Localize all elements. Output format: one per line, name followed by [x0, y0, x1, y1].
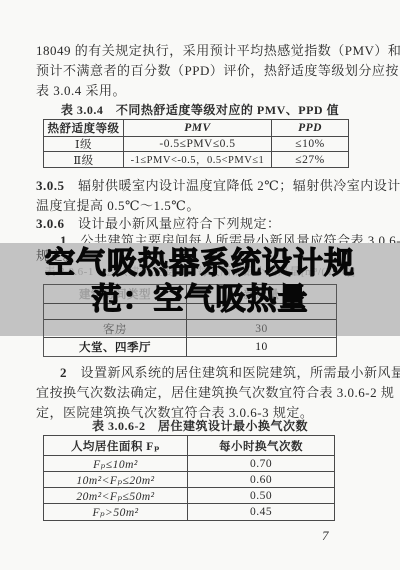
table-cell: ≤10% [271, 137, 348, 151]
table-cell: Ⅰ级 [44, 137, 123, 151]
table-3-0-6-2: 人均居住面积 Fₚ 每小时换气次数 Fₚ≤10m² 0.70 10m²<Fₚ≤2… [43, 435, 335, 521]
paragraph-line: 18049 的有关规定执行，采用预计平均热感觉指数（PMV）和 [36, 41, 366, 61]
table-cell: -0.5≤PMV≤0.5 [123, 137, 271, 151]
table-cell: Fₚ>50m² [44, 504, 187, 520]
table-cell: 0.45 [187, 504, 334, 520]
paragraph-line: 3.0.5 辐射供暖室内设计温度宜降低 2℃；辐射供冷室内设计 [36, 176, 366, 196]
section-text: 辐射供暖室内设计温度宜降低 2℃；辐射供冷室内设计 [65, 178, 400, 193]
table-cell: -1≤PMV<-0.5，0.5<PMV≤1 [123, 152, 271, 167]
watermark-text: 空气吸热器系统设计规 范：空气吸热量 [0, 246, 400, 318]
table-row: 20m²<Fₚ≤50m² 0.50 [44, 487, 334, 503]
table-cell: 客房 [44, 320, 186, 337]
watermark-text-line1: 空气吸热器系统设计规 [0, 246, 400, 282]
table-cell: 大堂、四季厅 [44, 338, 186, 356]
table-cell: ≤27% [271, 152, 348, 167]
table-3-0-6-2-caption: 表 3.0.6-2 居住建筑设计最小换气次数 [36, 417, 364, 434]
paragraph-line: 预计不满意者的百分数（PPD）评价，热舒适度等级划分应按 [36, 61, 366, 81]
table-cell: 30 [186, 320, 336, 337]
section-number: 3.0.5 [36, 178, 65, 193]
table-3-0-4-caption: 表 3.0.4 不同热舒适度等级对应的 PMV、PPD 值 [36, 101, 364, 118]
paragraph-line: 温度宜提高 0.5℃～1.5℃。 [36, 196, 366, 216]
table-cell: 0.50 [187, 488, 334, 503]
table-header-row: 人均居住面积 Fₚ 每小时换气次数 [44, 436, 334, 455]
paragraph-line: 2 设置新风系统的居住建筑和医院建筑，所需最小新风量 [36, 363, 390, 383]
table-header-cell: PPD [271, 120, 348, 136]
table-header-cell: 人均居住面积 Fₚ [44, 436, 187, 455]
table-cell: 10 [186, 338, 336, 356]
table-row: Fₚ≤10m² 0.70 [44, 455, 334, 471]
table-3-0-4: 热舒适度等级 PMV PPD Ⅰ级 -0.5≤PMV≤0.5 ≤10% Ⅱ级 -… [43, 119, 349, 168]
table-row: Fₚ>50m² 0.45 [44, 503, 334, 520]
table-row: 客房 30 [44, 319, 336, 337]
item-number: 2 [60, 365, 67, 380]
document-page: 18049 的有关规定执行，采用预计平均热感觉指数（PMV）和 预计不满意者的百… [0, 0, 400, 570]
table-row: 10m²<Fₚ≤20m² 0.60 [44, 471, 334, 487]
item-text: 设置新风系统的居住建筑和医院建筑，所需最小新风量 [67, 365, 400, 380]
table-row: Ⅰ级 -0.5≤PMV≤0.5 ≤10% [44, 136, 348, 151]
table-header-cell: 热舒适度等级 [44, 120, 123, 136]
paragraph-line: 表 3.0.4 采用。 [36, 81, 366, 101]
table-header-cell: 每小时换气次数 [187, 436, 334, 455]
section-number: 3.0.6 [36, 216, 65, 231]
table-header-row: 热舒适度等级 PMV PPD [44, 120, 348, 136]
table-row: Ⅱ级 -1≤PMV<-0.5，0.5<PMV≤1 ≤27% [44, 151, 348, 167]
table-row: 大堂、四季厅 10 [44, 337, 336, 356]
table-cell: Fₚ≤10m² [44, 456, 187, 471]
watermark-text-line2: 范：空气吸热量 [0, 282, 400, 318]
table-cell: 0.70 [187, 456, 334, 471]
table-cell: 20m²<Fₚ≤50m² [44, 488, 187, 503]
table-cell: Ⅱ级 [44, 152, 123, 167]
section-text: 设计最小新风量应符合下列规定： [65, 216, 281, 231]
table-header-cell: PMV [123, 120, 271, 136]
table-cell: 10m²<Fₚ≤20m² [44, 472, 187, 487]
table-cell: 0.60 [187, 472, 334, 487]
paragraph-line: 宜按换气次数法确定，居住建筑换气次数宜符合表 3.0.6-2 规 [36, 383, 366, 403]
page-number: 7 [322, 528, 329, 544]
